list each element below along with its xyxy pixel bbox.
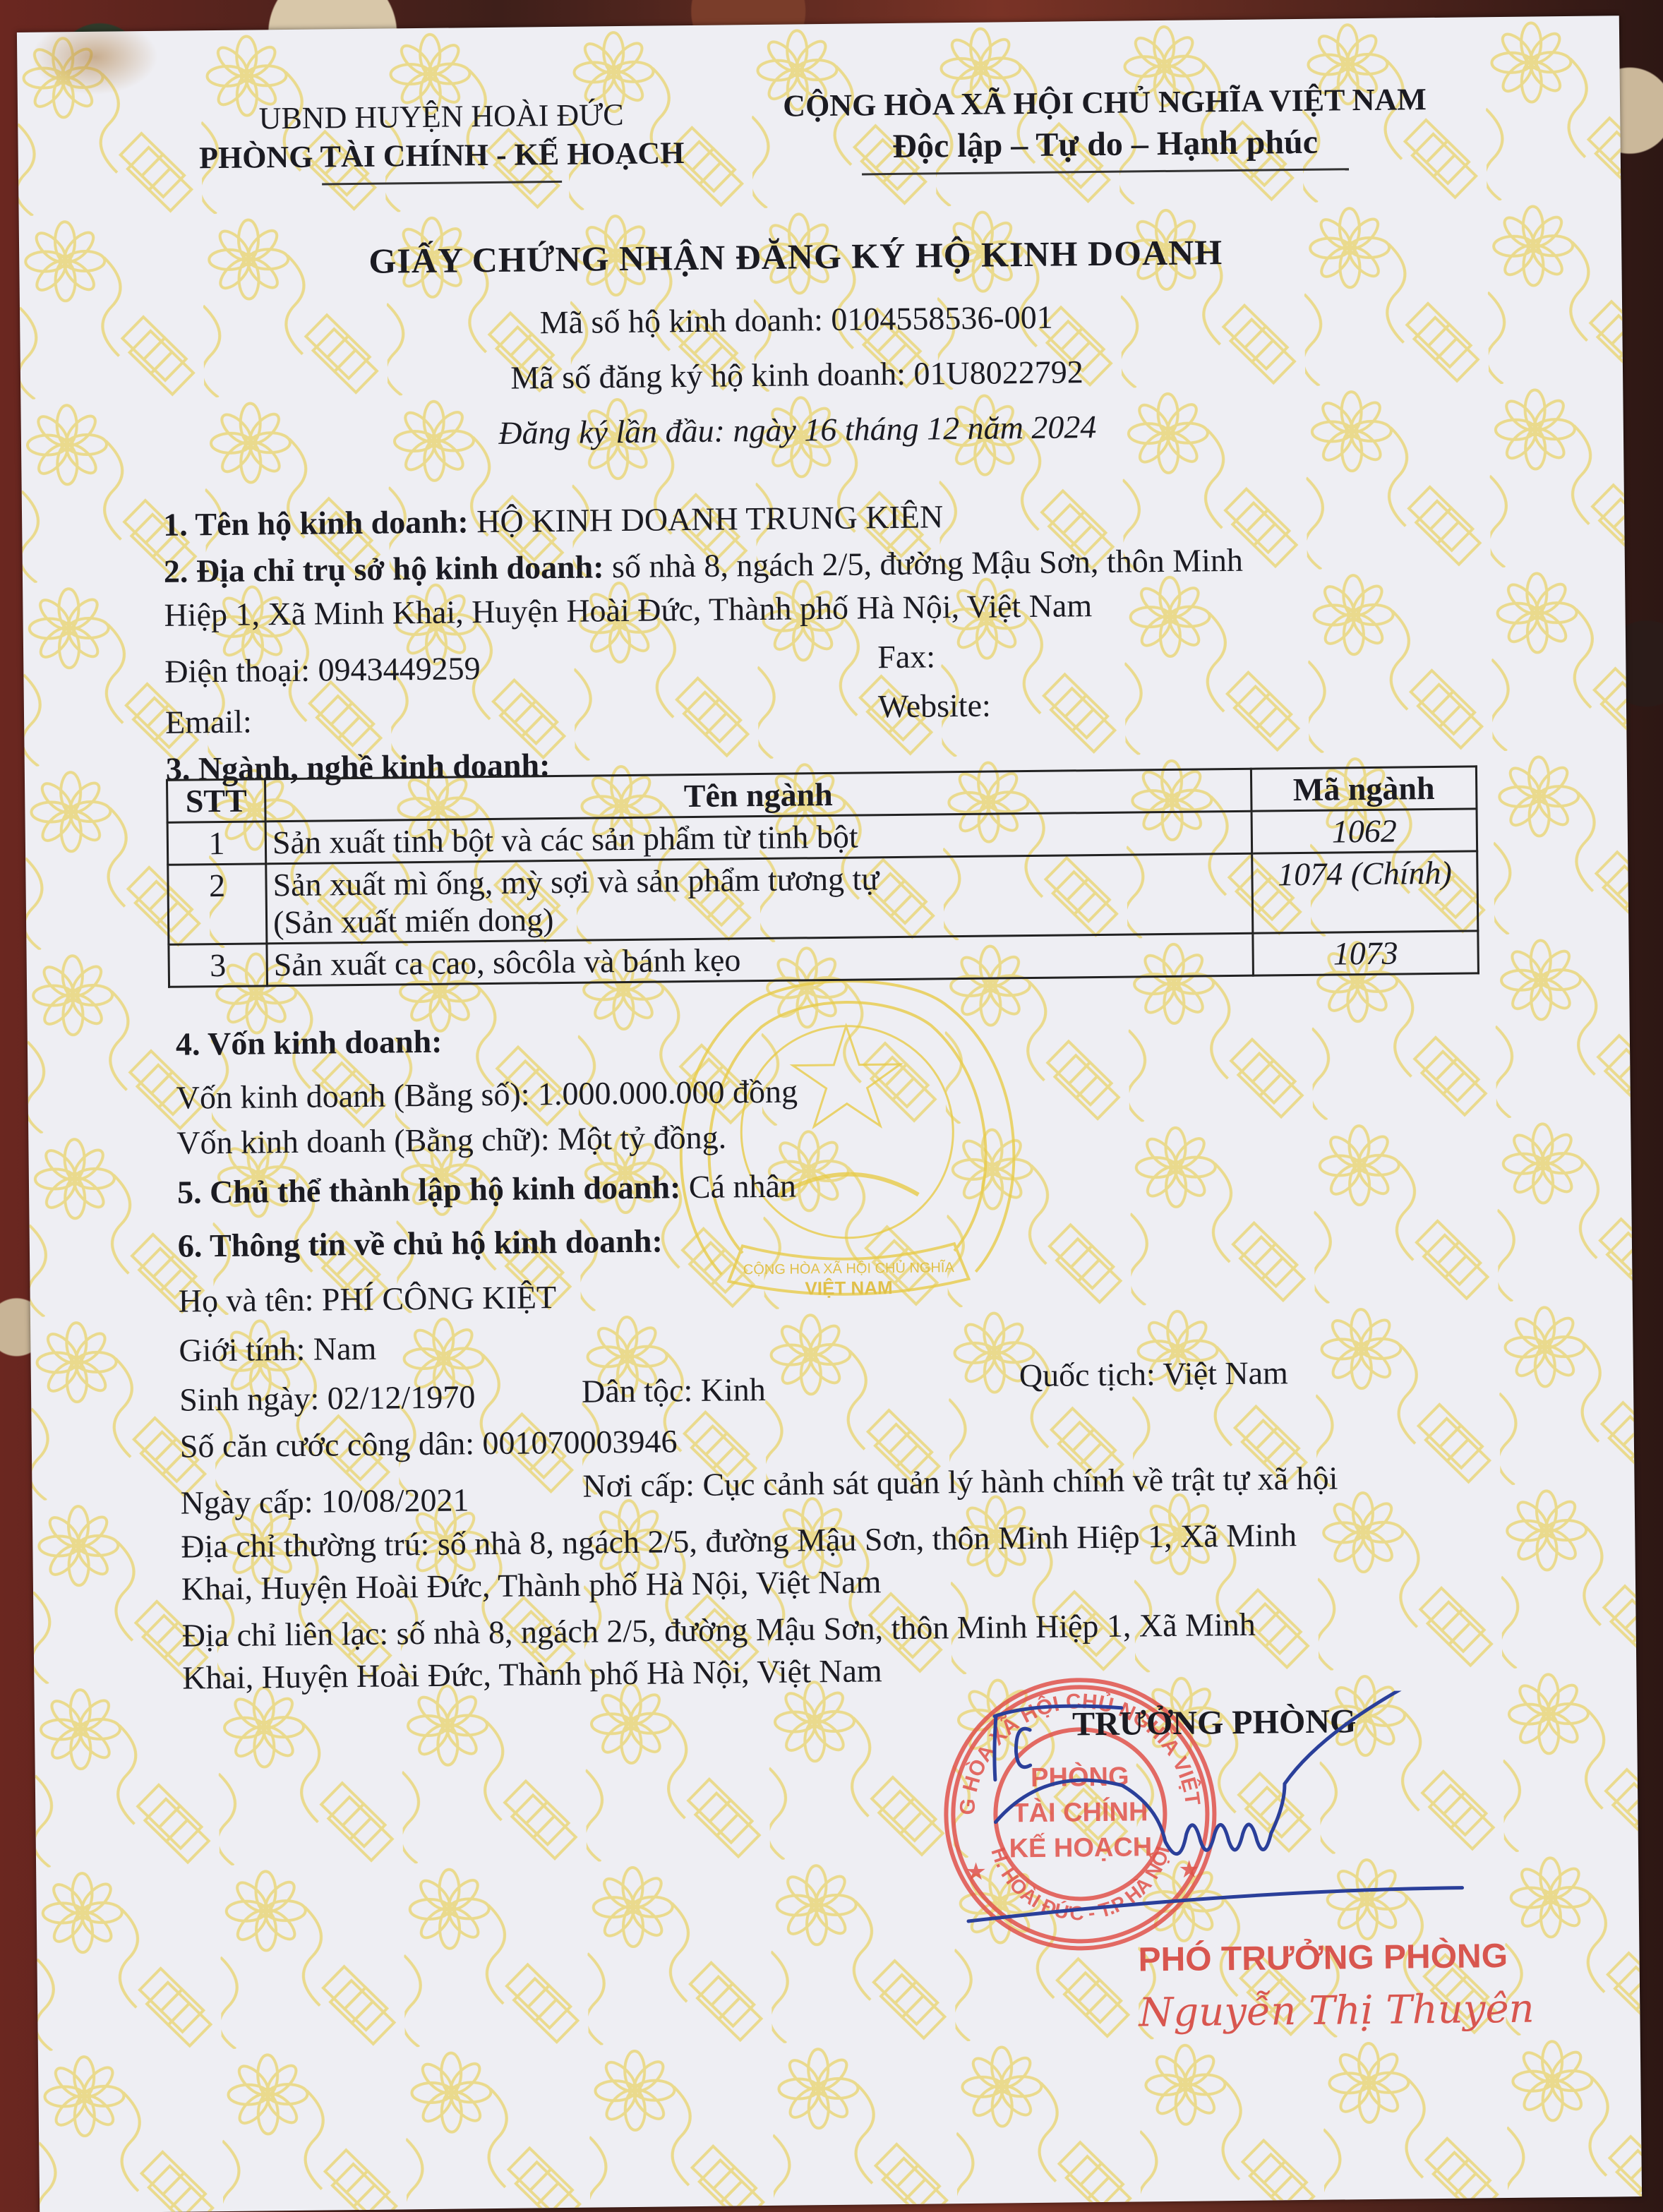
website: Website: [878, 686, 991, 726]
issuer-underline [322, 181, 562, 186]
phone: Điện thoại: 0943449259 [164, 649, 481, 691]
founder-type-label: 5. Chủ thể thành lập hộ kinh doanh: [177, 1169, 681, 1210]
row-industry-name: Sản xuất mì ống, mỳ sợi và sản phẩm tươn… [266, 853, 1253, 944]
svg-text:★: ★ [966, 1861, 985, 1884]
issuer-authority: UBND HUYỆN HOÀI ĐỨC [166, 96, 716, 138]
business-address-label: 2. Địa chỉ trụ sở hộ kinh doanh: [164, 548, 604, 589]
fax: Fax: [877, 637, 935, 676]
owner-ethnicity: Dân tộc: Kinh [582, 1370, 766, 1411]
founder-type-row: 5. Chủ thể thành lập hộ kinh doanh: Cá n… [177, 1167, 796, 1212]
svg-text:PHÒNG: PHÒNG [1031, 1761, 1129, 1793]
row-industry-code: 1062 [1251, 809, 1477, 853]
row-industry-code: 1074 (Chính) [1252, 851, 1478, 933]
founder-type-value: Cá nhân [680, 1168, 796, 1206]
owner-gender: Giới tính: Nam [179, 1329, 376, 1370]
row-industry-name-line1: Sản xuất tinh bột và các sản phẩm từ tin… [272, 814, 1245, 861]
industry-table: STT Tên ngành Mã ngành 1Sản xuất tinh bộ… [166, 765, 1479, 987]
contact-address-line1: Địa chỉ liên lạc: số nhà 8, ngách 2/5, đ… [181, 1605, 1256, 1655]
capital-in-numbers: Vốn kinh doanh (Bằng số): 1.000.000.000 … [176, 1071, 798, 1117]
owner-birth-date: Sinh ngày: 02/12/1970 [179, 1377, 476, 1419]
row-industry-code: 1073 [1253, 931, 1479, 975]
svg-text:★: ★ [1179, 1858, 1199, 1882]
row-stt: 2 [168, 864, 267, 944]
owner-id-number: Số căn cước công dân: 001070003946 [180, 1421, 678, 1466]
business-code: Mã số hộ kinh doanh: 0104558536-001 [232, 295, 1361, 344]
svg-text:KẾ HOẠCH: KẾ HOẠCH [1009, 1831, 1152, 1863]
permanent-address-line2: Khai, Huyện Hoài Đức, Thành phố Hà Nội, … [181, 1562, 882, 1609]
row-industry-name-line1: Sản xuất ca cao, sôcôla và bánh kẹo [273, 936, 1246, 983]
signer-title: TRƯỞNG PHÒNG [1072, 1702, 1357, 1743]
contact-address-line2: Khai, Huyện Hoài Đức, Thành phố Hà Nội, … [182, 1651, 882, 1697]
first-registration-date: Đăng ký lần đầu: ngày 16 tháng 12 năm 20… [233, 405, 1362, 455]
svg-text:TÀI CHÍNH: TÀI CHÍNH [1012, 1796, 1148, 1828]
deputy-head-title: PHÓ TRƯỞNG PHÒNG [1138, 1937, 1508, 1979]
business-name-row: 1. Tên hộ kinh doanh: HỘ KINH DOANH TRUN… [163, 497, 944, 544]
deputy-head-name: Nguyễn Thị Thuyên [1139, 1986, 1535, 2036]
permanent-address-line1: Địa chỉ thường trú: số nhà 8, ngách 2/5,… [181, 1515, 1297, 1566]
business-address-value-line2: Hiệp 1, Xã Minh Khai, Huyện Hoài Đức, Th… [164, 586, 1092, 635]
business-address-value-line1: số nhà 8, ngách 2/5, đường Mậu Sơn, thôn… [604, 542, 1243, 584]
col-industry-code: Mã ngành [1251, 767, 1477, 811]
national-motto-block: CỘNG HÒA XÃ HỘI CHỦ NGHĨA VIỆT NAM Độc l… [731, 80, 1479, 176]
capital-section-label: 4. Vốn kinh doanh: [176, 1022, 443, 1064]
owner-id-issue-place: Nơi cấp: Cục cảnh sát quản lý hành chính… [582, 1458, 1338, 1505]
nation-name: CỘNG HÒA XÃ HỘI CHỦ NGHĨA VIỆT NAM [731, 80, 1479, 124]
capital-in-words: Vốn kinh doanh (Bằng chữ): Một tỷ đồng. [176, 1118, 726, 1162]
issuer-department: PHÒNG TÀI CHÍNH - KẾ HOẠCH [166, 135, 716, 176]
col-stt: STT [167, 779, 265, 822]
certificate-title: GIẤY CHỨNG NHẬN ĐĂNG KÝ HỘ KINH DOANH [231, 230, 1361, 283]
certificate-paper: CỘNG HÒA XÃ HỘI CHỦ NGHĨA VIỆT NAM UBND … [17, 16, 1642, 2212]
business-address-row: 2. Địa chỉ trụ sở hộ kinh doanh: số nhà … [164, 541, 1244, 591]
owner-full-name: Họ và tên: PHÍ CÔNG KIỆT [178, 1278, 556, 1321]
row-stt: 3 [169, 944, 268, 987]
issuer-block: UBND HUYỆN HOÀI ĐỨC PHÒNG TÀI CHÍNH - KẾ… [166, 96, 717, 187]
business-name-value: HỘ KINH DOANH TRUNG KIÊN [468, 498, 943, 539]
industry-table-row: 2Sản xuất mì ống, mỳ sợi và sản phẩm tươ… [168, 851, 1478, 944]
owner-id-issue-date: Ngày cấp: 10/08/2021 [180, 1480, 469, 1522]
owner-section-label: 6. Thông tin về chủ hộ kinh doanh: [178, 1221, 663, 1265]
motto-underline [862, 168, 1349, 175]
owner-nationality: Quốc tịch: Việt Nam [1019, 1353, 1288, 1395]
row-stt: 1 [167, 822, 266, 865]
email: Email: [165, 702, 252, 742]
national-motto: Độc lập – Tự do – Hạnh phúc [731, 121, 1479, 167]
business-name-label: 1. Tên hộ kinh doanh: [163, 503, 469, 543]
svg-text:H. HOÀI ĐỨC - T.P HÀ NỘI: H. HOÀI ĐỨC - T.P HÀ NỘI [987, 1843, 1175, 1925]
registration-code: Mã số đăng ký hộ kinh doanh: 01U8022792 [232, 350, 1362, 399]
